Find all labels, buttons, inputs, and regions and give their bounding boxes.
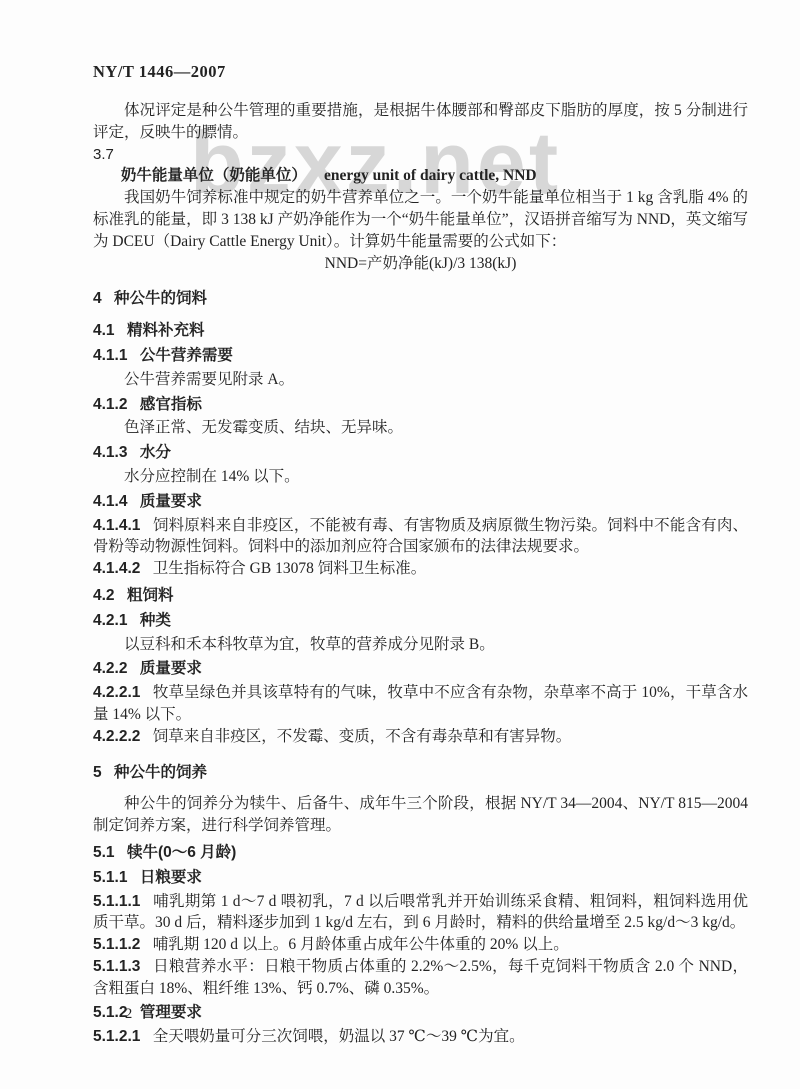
heading-title: 种公牛的饲料 <box>114 290 207 307</box>
clause-text: 哺乳期第 1 d～7 d 喂初乳，7 d 以后喂常乳并开始训练采食精、粗饲料，粗… <box>93 893 748 932</box>
clause-number: 4.1.4.2 <box>93 560 140 577</box>
section-heading: 4.1.1公牛营养需要 <box>93 345 748 367</box>
paragraph: 体况评定是种公牛管理的重要措施，是根据牛体腰部和臀部皮下脂肪的厚度，按 5 分制… <box>93 100 748 144</box>
heading-number: 4.2.1 <box>93 612 127 629</box>
term-name-en: energy unit of dairy cattle, NND <box>324 167 537 184</box>
document-page: bzxz.net NY/T 1446—2007 体况评定是种公牛管理的重要措施，… <box>0 0 800 1089</box>
clause-text: 饲草来自非疫区，不发霉、变质，不含有毒杂草和有害异物。 <box>153 728 572 745</box>
document-body: 体况评定是种公牛管理的重要措施，是根据牛体腰部和臀部皮下脂肪的厚度，按 5 分制… <box>93 100 748 1048</box>
clause-text: 饲料原料来自非疫区，不能被有毒、有害物质及病原微生物污染。饲料中不能含有肉、骨粉… <box>93 517 748 556</box>
heading-title: 粗饲料 <box>127 587 174 604</box>
heading-number: 4 <box>93 290 102 307</box>
clause-number: 4.2.2.1 <box>93 684 140 701</box>
heading-number: 4.1.4 <box>93 493 127 510</box>
heading-title: 日粮要求 <box>140 869 202 886</box>
heading-number: 4.1.2 <box>93 396 127 413</box>
clause-text: 全天喂奶量可分三次饲喂，奶温以 37 ℃～39 ℃为宜。 <box>153 1028 525 1045</box>
heading-title: 公牛营养需要 <box>140 347 233 364</box>
clause-number: 4.2.2.2 <box>93 728 140 745</box>
clause-text: 日粮营养水平：日粮干物质占体重的 2.2%～2.5%，每千克饲料干物质含 2.0… <box>93 958 748 997</box>
heading-number: 4.1 <box>93 322 115 339</box>
paragraph: 我国奶牛饲养标准中规定的奶牛营养单位之一。一个奶牛能量单位相当于 1 kg 含乳… <box>93 187 748 252</box>
heading-number: 5.1 <box>93 844 115 861</box>
section-heading: 4.1.4质量要求 <box>93 491 748 513</box>
heading-title: 质量要求 <box>140 660 202 677</box>
clause-number: 5.1.2.1 <box>93 1028 140 1045</box>
heading-title: 种类 <box>140 612 171 629</box>
section-heading: 4.2.2质量要求 <box>93 658 748 680</box>
heading-number: 4.1.1 <box>93 347 127 364</box>
clause-paragraph: 5.1.1.2哺乳期 120 d 以上。6 月龄体重占成年公牛体重的 20% 以… <box>93 934 748 956</box>
heading-title: 精料补充料 <box>127 322 205 339</box>
heading-title: 种公牛的饲养 <box>114 764 207 781</box>
heading-number: 4.2 <box>93 587 115 604</box>
heading-number: 4.1.3 <box>93 444 127 461</box>
heading-title: 感官指标 <box>140 396 202 413</box>
section-heading: 4.1精料补充料 <box>93 320 748 342</box>
clause-text: 卫生指标符合 GB 13078 饲料卫生标准。 <box>153 560 426 577</box>
section-heading: 5.1.1日粮要求 <box>93 867 748 889</box>
paragraph: 种公牛的饲养分为犊牛、后备牛、成年牛三个阶段，根据 NY/T 34—2004、N… <box>93 793 748 837</box>
clause-text: 哺乳期 120 d 以上。6 月龄体重占成年公牛体重的 20% 以上。 <box>153 936 569 953</box>
section-heading: 5种公牛的饲养 <box>93 762 748 784</box>
heading-title: 水分 <box>140 444 171 461</box>
formula: NND=产奶净能(kJ)/3 138(kJ) <box>93 253 748 275</box>
clause-paragraph: 5.1.1.1哺乳期第 1 d～7 d 喂初乳，7 d 以后喂常乳并开始训练采食… <box>93 891 748 935</box>
section-heading: 4.2粗饲料 <box>93 585 748 607</box>
section-heading: 4.2.1种类 <box>93 610 748 632</box>
heading-title: 管理要求 <box>140 1004 202 1021</box>
clause-paragraph: 5.1.1.3日粮营养水平：日粮干物质占体重的 2.2%～2.5%，每千克饲料干… <box>93 956 748 1000</box>
clause-paragraph: 4.2.2.2饲草来自非疫区，不发霉、变质，不含有毒杂草和有害异物。 <box>93 726 748 748</box>
section-heading: 4种公牛的饲料 <box>93 288 748 310</box>
standard-number-header: NY/T 1446—2007 <box>93 62 226 82</box>
heading-number: 5.1.2 <box>93 1004 127 1021</box>
clause-paragraph: 5.1.2.1全天喂奶量可分三次饲喂，奶温以 37 ℃～39 ℃为宜。 <box>93 1026 748 1048</box>
heading-title: 质量要求 <box>140 493 202 510</box>
term-name-cn: 奶牛能量单位（奶能单位） <box>121 167 307 184</box>
clause-paragraph: 4.2.2.1牧草呈绿色并具该草特有的气味，牧草中不应含有杂物，杂草率不高于 1… <box>93 682 748 726</box>
section-heading: 5.1犊牛(0～6 月龄) <box>93 842 748 864</box>
clause-paragraph: 4.1.4.1饲料原料来自非疫区，不能被有毒、有害物质及病原微生物污染。饲料中不… <box>93 515 748 559</box>
section-heading: 4.1.2感官指标 <box>93 394 748 416</box>
term-number: 3.7 <box>93 144 748 166</box>
clause-number: 5.1.1.3 <box>93 958 140 975</box>
clause-paragraph: 4.1.4.2卫生指标符合 GB 13078 饲料卫生标准。 <box>93 558 748 580</box>
scanned-standard-page: { "document": { "standard_number": "NY/T… <box>0 0 800 1089</box>
clause-text: 牧草呈绿色并具该草特有的气味，牧草中不应含有杂物，杂草率不高于 10%，干草含水… <box>93 684 748 723</box>
section-heading: 5.1.2管理要求 <box>93 1002 748 1024</box>
paragraph: 公牛营养需要见附录 A。 <box>93 369 748 391</box>
heading-number: 5 <box>93 764 102 781</box>
clause-number: 5.1.1.2 <box>93 936 140 953</box>
heading-number: 4.2.2 <box>93 660 127 677</box>
section-heading: 4.1.3水分 <box>93 442 748 464</box>
heading-number: 5.1.1 <box>93 869 127 886</box>
paragraph: 色泽正常、无发霉变质、结块、无异味。 <box>93 417 748 439</box>
clause-number: 5.1.1.1 <box>93 893 140 910</box>
heading-title: 犊牛(0～6 月龄) <box>127 844 236 861</box>
page-number: 2 <box>125 1006 132 1023</box>
paragraph: 水分应控制在 14% 以下。 <box>93 466 748 488</box>
clause-number: 4.1.4.1 <box>93 517 140 534</box>
term-heading: 奶牛能量单位（奶能单位）energy unit of dairy cattle,… <box>93 165 748 187</box>
paragraph: 以豆科和禾本科牧草为宜，牧草的营养成分见附录 B。 <box>93 634 748 656</box>
